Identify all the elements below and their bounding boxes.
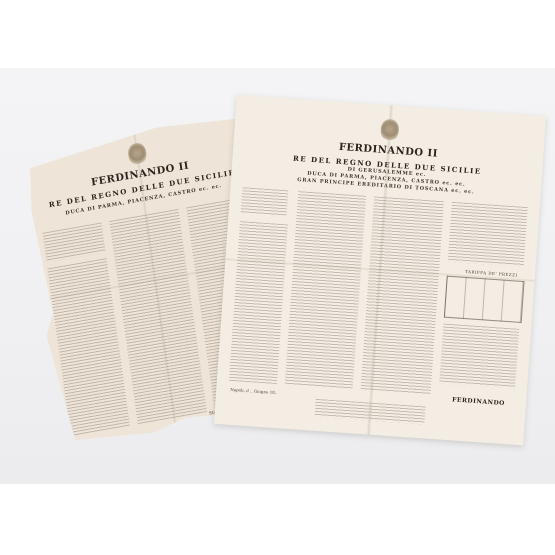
royal-crest-icon	[127, 142, 148, 167]
place-date: Napoli, il .. Giugno 18..	[230, 387, 277, 395]
right-intro-block	[241, 187, 289, 216]
royal-crest-icon	[380, 119, 399, 142]
right-column-3	[361, 196, 444, 394]
right-proclamation: FERDINANDO II RE DEL REGNO DELLE DUE SIC…	[214, 95, 546, 446]
left-intro-block	[42, 222, 105, 262]
ministers-countersign	[315, 399, 426, 425]
tariff-table-title: TARIFFA DE' PREZZI	[465, 269, 518, 278]
tariff-table	[444, 276, 525, 323]
right-column-1	[229, 221, 288, 384]
right-column-2	[285, 191, 366, 389]
royal-signature: FERDINANDO	[452, 396, 505, 407]
right-decree-text	[439, 324, 519, 389]
right-column-4	[448, 202, 528, 267]
